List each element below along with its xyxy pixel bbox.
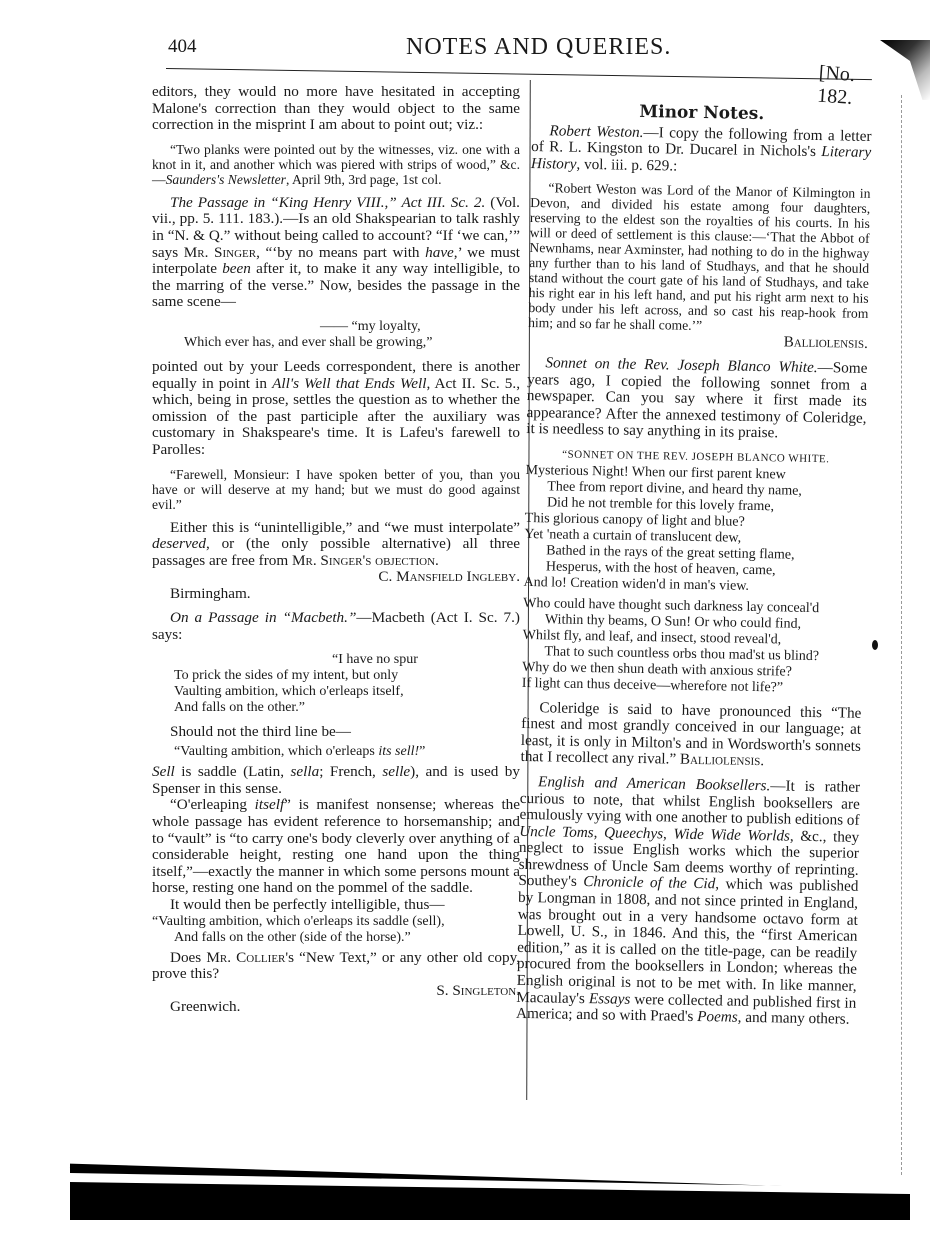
block-quote: “Farewell, Monsieur: I have spoken bette…: [152, 467, 520, 512]
running-title: NOTES AND QUERIES.: [406, 34, 671, 61]
paragraph: Should not the third line be—: [152, 724, 520, 741]
left-column: editors, they would no more have hesitat…: [152, 84, 520, 1016]
page-header: 404 NOTES AND QUERIES. [No. 182.: [168, 34, 888, 66]
place: Birmingham.: [152, 586, 520, 603]
note-sonnet: Sonnet on the Rev. Joseph Blanco White.—…: [526, 355, 867, 444]
block-quote: “Robert Weston was Lord of the Manor of …: [528, 180, 871, 336]
ink-blot: [872, 640, 878, 650]
verse-line: And falls on the other (side of the hors…: [152, 930, 520, 946]
verse-line: And falls on the other.”: [152, 700, 520, 716]
verse-line: To prick the sides of my intent, but onl…: [152, 668, 520, 684]
paragraph: Either this is “unintelligible,” and “we…: [152, 520, 520, 570]
right-column: Minor Notes. Robert Weston.—I copy the f…: [516, 102, 872, 1029]
article-title: On a Passage in “Macbeth.”: [170, 609, 356, 626]
paragraph: pointed out by your Leeds correspondent,…: [152, 359, 520, 459]
article-title: The Passage in “King Henry VIII.,” Act I…: [170, 194, 485, 211]
sonnet: Mysterious Night! When our first parent …: [522, 462, 866, 697]
verse-line: Which ever has, and ever shall be growin…: [152, 335, 520, 351]
verse-line: “I have no spur: [152, 652, 520, 668]
paragraph: Does Mr. Collier's “New Text,” or any ot…: [152, 950, 520, 983]
paragraph: It would then be perfectly intelligible,…: [152, 897, 520, 914]
verse-line: “Vaulting ambition, which o'erleaps its …: [152, 744, 520, 760]
paragraph: Sell is saddle (Latin, sella; French, se…: [152, 764, 520, 797]
note-robert-weston: Robert Weston.—I copy the following from…: [531, 123, 872, 179]
paragraph: Coleridge is said to have pronounced thi…: [520, 699, 861, 771]
verse-line: Vaulting ambition, which o'erleaps itsel…: [152, 684, 520, 700]
scanned-page: 404 NOTES AND QUERIES. [No. 182. editors…: [0, 0, 941, 1257]
verse-line: —— “my loyalty,: [152, 319, 520, 335]
article-macbeth: On a Passage in “Macbeth.”—Macbeth (Act …: [152, 610, 520, 643]
block-quote: “Two planks were pointed out by the witn…: [152, 142, 520, 187]
issue-number: [No. 182.: [816, 62, 889, 113]
header-rule: [166, 68, 872, 80]
note-title: Robert Weston.: [549, 122, 643, 141]
verse-line: “Vaulting ambition, which o'erleaps its …: [152, 914, 520, 930]
paragraph: editors, they would no more have hesitat…: [152, 84, 520, 134]
signature: S. Singleton.: [152, 983, 520, 1000]
note-booksellers: English and American Booksellers.—It is …: [516, 774, 860, 1029]
paragraph: “O'erleaping itself” is manifest nonsens…: [152, 797, 520, 897]
place: Greenwich.: [152, 999, 520, 1016]
page-edge: [901, 95, 902, 1175]
article-king-henry: The Passage in “King Henry VIII.,” Act I…: [152, 195, 520, 311]
signature: C. Mansfield Ingleby.: [152, 569, 520, 586]
signature: Balliolensis.: [680, 751, 764, 769]
signature: Balliolensis.: [528, 330, 868, 353]
page-number: 404: [168, 36, 197, 58]
